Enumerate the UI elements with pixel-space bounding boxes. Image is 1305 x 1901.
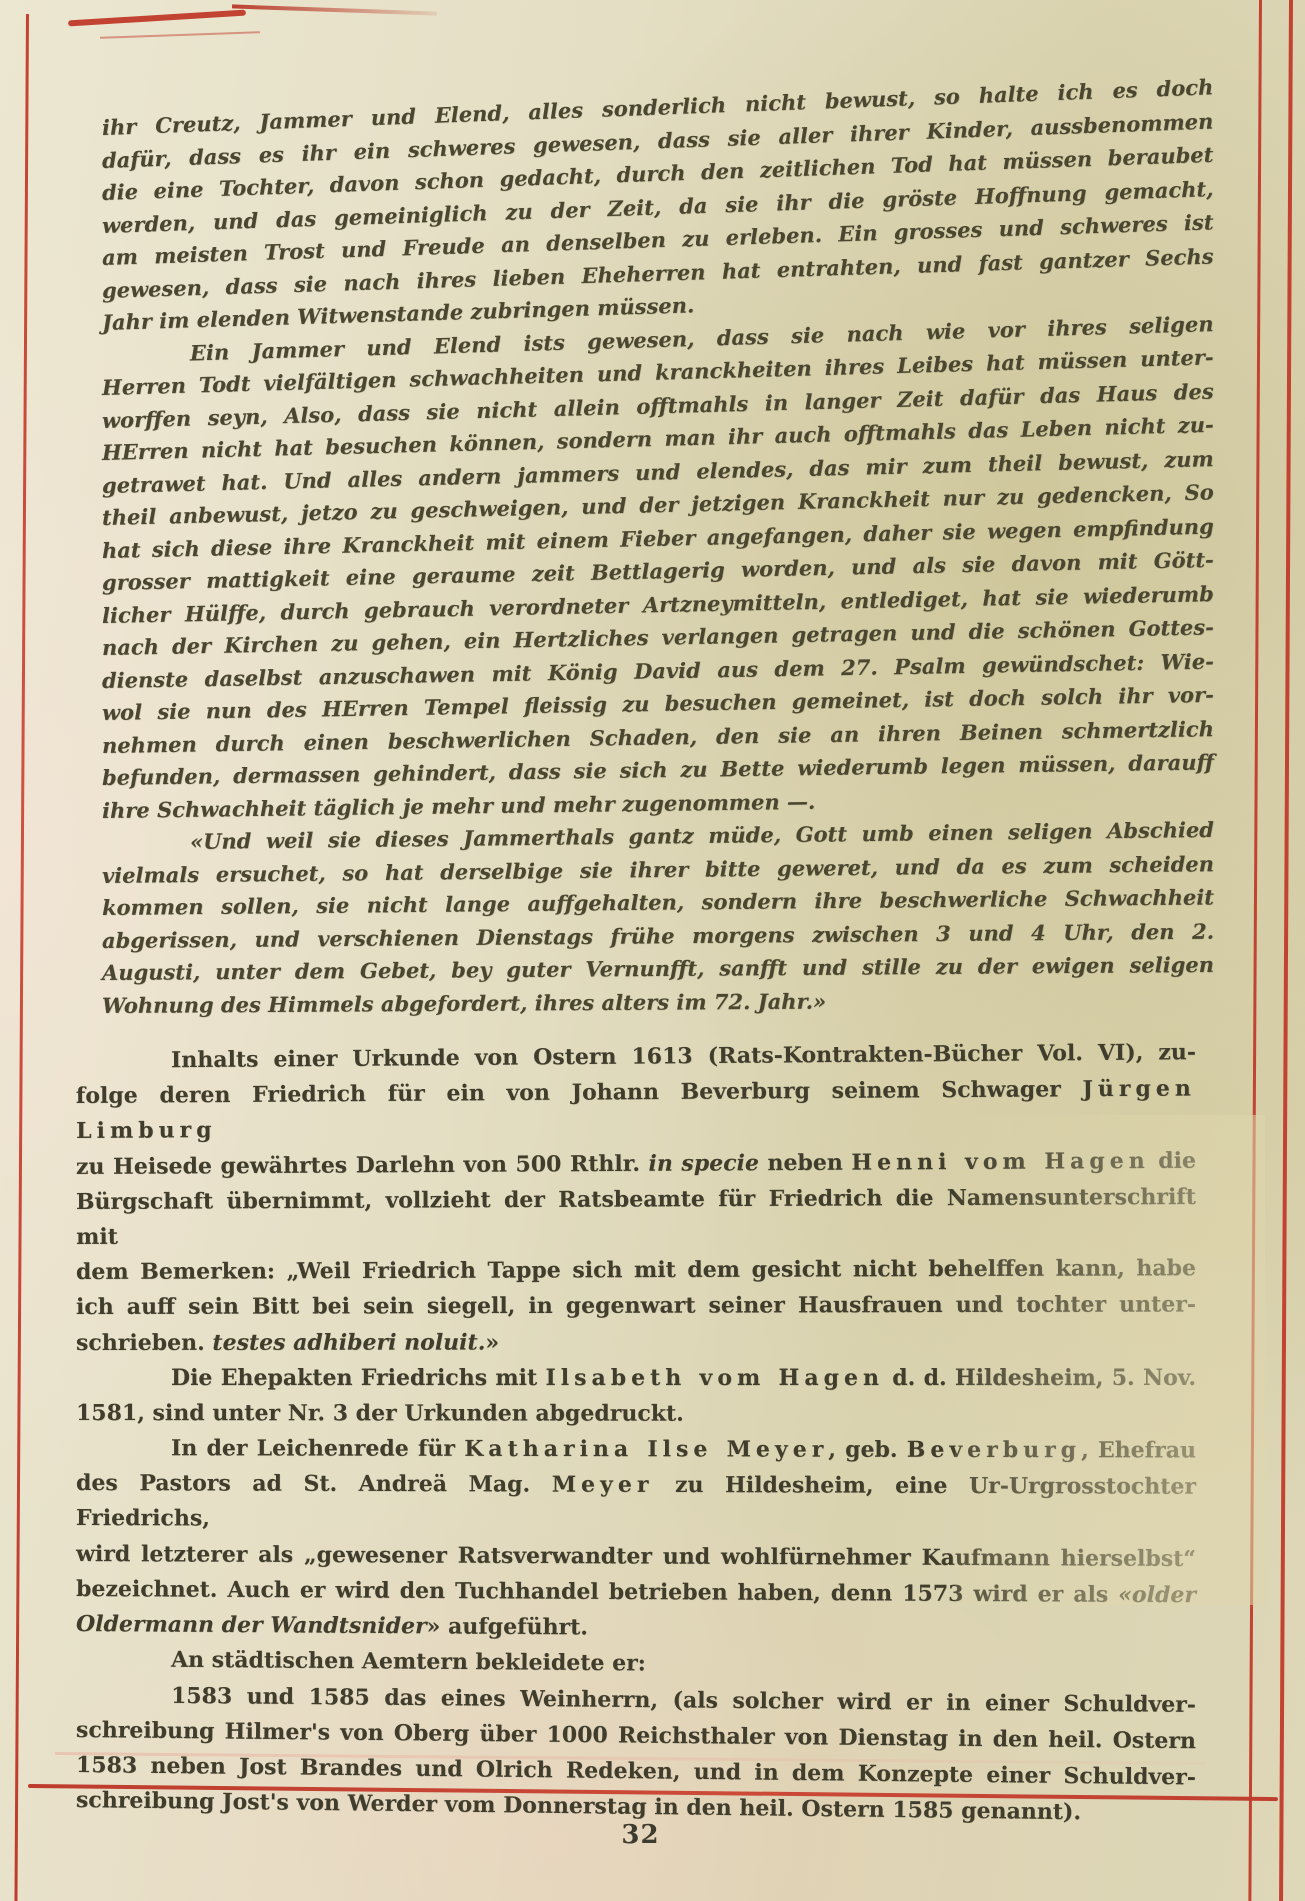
text-run: zu Heisede gewährtes Darlehn von 500 Rth… bbox=[76, 1150, 649, 1179]
text-run: «older bbox=[1118, 1582, 1196, 1608]
text-line: ich auff sein Bitt bei sein siegell, in … bbox=[76, 1288, 1196, 1326]
text-line: dem Bemerken: „Weil Friedrich Tappe sich… bbox=[76, 1251, 1196, 1290]
text-run: wird letzterer als „gewesener Ratsverwan… bbox=[76, 1541, 1196, 1572]
frame-right-inner-rule bbox=[1248, 0, 1262, 1901]
text-line: Bürgschaft übernimmt, vollzieht der Rats… bbox=[76, 1180, 1196, 1255]
text-run: 1581, sind unter Nr. 3 der Urkunden abge… bbox=[76, 1400, 684, 1427]
text-line: folge deren Friedrich für ein von Johann… bbox=[76, 1072, 1196, 1150]
text-run: des Pastors ad St. Andreä Mag. bbox=[76, 1470, 552, 1498]
text-run: folge deren Friedrich für ein von Johann… bbox=[76, 1076, 1083, 1109]
text-run: An städtischen Aemtern bekleidete er: bbox=[171, 1647, 646, 1677]
text-line: Die Ehepakten Friedrichs mit Ilsabeth vo… bbox=[76, 1361, 1196, 1396]
text-line: 1581, sind unter Nr. 3 der Urkunden abge… bbox=[76, 1396, 1196, 1432]
text-run: dem Bemerken: „Weil Friedrich Tappe sich… bbox=[76, 1255, 1196, 1285]
body-text-block: Inhalts einer Urkunde von Ostern 1613 (R… bbox=[76, 1044, 1196, 1818]
text-run: Beverburg bbox=[907, 1437, 1081, 1463]
text-run: Inhalts einer Urkunde von Ostern 1613 (R… bbox=[171, 1039, 1196, 1073]
frame-right-outer-rule bbox=[1279, 0, 1293, 1901]
text-run: die bbox=[1150, 1147, 1196, 1173]
text-run: » bbox=[485, 1329, 499, 1355]
text-line: wird letzterer als „gewesener Ratsverwan… bbox=[76, 1537, 1196, 1577]
text-run: , geb. bbox=[828, 1437, 907, 1463]
text-line: zu Heisede gewährtes Darlehn von 500 Rth… bbox=[76, 1143, 1196, 1185]
text-run: Katharina Ilse Meyer bbox=[464, 1436, 828, 1463]
text-line: In der Leichenrede für Katharina Ilse Me… bbox=[76, 1431, 1196, 1469]
text-run: d. d. Hildesheim, 5. Nov. bbox=[884, 1365, 1196, 1391]
text-run: neben bbox=[759, 1149, 852, 1176]
text-run: Oldermann der Wandtsnider bbox=[76, 1611, 427, 1639]
text-run: ihre Schwachheit täglich je mehr und meh… bbox=[102, 788, 816, 822]
book-page-scan: ihr Creutz, Jammer und Elend, alles sond… bbox=[0, 0, 1305, 1901]
text-run: schreibung Hilmer's von Oberg über 1000 … bbox=[76, 1717, 1196, 1754]
text-run: » aufgeführt. bbox=[427, 1614, 589, 1641]
text-run: In der Leichenrede für bbox=[171, 1435, 464, 1462]
text-run: , Ehefrau bbox=[1081, 1437, 1196, 1463]
text-run: Wohnung des Himmels abgefordert, ihres a… bbox=[102, 988, 826, 1017]
text-run: testes adhiberi noluit. bbox=[212, 1329, 485, 1355]
text-run: Meyer bbox=[552, 1472, 654, 1498]
frame-top-rule-left-segment bbox=[68, 10, 246, 27]
text-run: abgerissen, und verschienen Dienstags fr… bbox=[102, 918, 1214, 952]
frame-top-inner-rule bbox=[100, 31, 260, 39]
frame-left-rule bbox=[14, 14, 29, 1901]
text-run: schrieben. bbox=[76, 1329, 212, 1355]
text-run: bezeichnet. Auch er wird den Tuchhandel … bbox=[76, 1576, 1118, 1608]
text-run: in specie bbox=[648, 1150, 759, 1177]
text-run: Henni vom Hagen bbox=[851, 1148, 1150, 1176]
text-run: kommen sollen, sie nicht lange auffgehal… bbox=[102, 884, 1214, 920]
text-run: Ilsabeth vom Hagen bbox=[545, 1365, 884, 1391]
quote-text-block: ihr Creutz, Jammer und Elend, alles sond… bbox=[102, 112, 1214, 1022]
text-line: schrieben. testes adhiberi noluit.» bbox=[76, 1324, 1196, 1361]
page-number: 32 bbox=[0, 1820, 1293, 1850]
text-run: Die Ehepakten Friedrichs mit bbox=[171, 1365, 545, 1391]
text-line: Wohnung des Himmels abgefordert, ihres a… bbox=[102, 983, 1214, 1022]
text-run: Augusti, unter dem Gebet, bey guter Vern… bbox=[102, 952, 1214, 985]
text-run: ich auff sein Bitt bei sein siegell, in … bbox=[76, 1292, 1196, 1321]
text-run: 1583 und 1585 das eines Weinherrn, (als … bbox=[171, 1682, 1196, 1717]
text-run: Bürgschaft übernimmt, vollzieht der Rats… bbox=[76, 1184, 1196, 1250]
text-line: des Pastors ad St. Andreä Mag. Meyer zu … bbox=[76, 1466, 1196, 1540]
frame-top-rule-right-segment bbox=[232, 4, 437, 15]
